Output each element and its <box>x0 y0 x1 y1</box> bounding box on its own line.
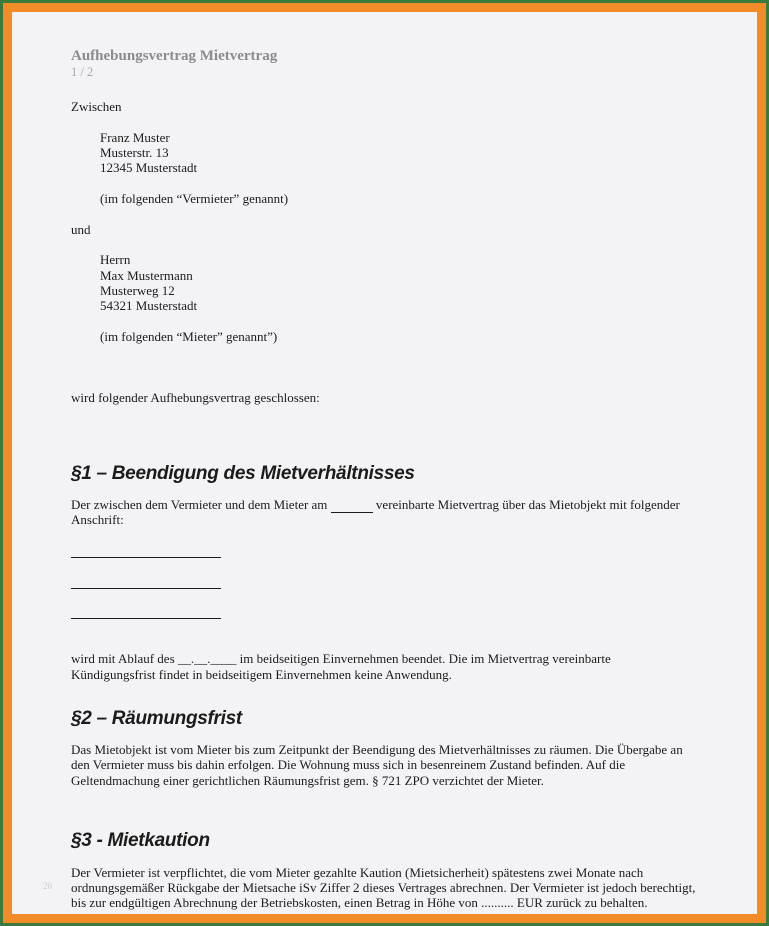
section-3-line-2: ordnungsgemäßer Rückgabe der Mietsache i… <box>71 880 696 895</box>
section-1-para-2-line-2: Kündigungsfrist findet in beidseitigem E… <box>71 667 452 682</box>
section-1-para-2-line-1: wird mit Ablauf des __.__.____ im beidse… <box>71 651 611 666</box>
address-line-1 <box>71 557 221 558</box>
landlord-city: 12345 Musterstadt <box>100 160 197 175</box>
section-2-line-3: Geltendmachung einer gerichtlichen Räumu… <box>71 773 544 788</box>
section-1-text-b: vereinbarte Mietvertrag über das Mietobj… <box>373 497 680 512</box>
tenant-city: 54321 Musterstadt <box>100 298 197 313</box>
tenant-name: Max Mustermann <box>100 268 193 283</box>
intro-text: wird folgender Aufhebungsvertrag geschlo… <box>71 390 320 405</box>
page-frame: Aufhebungsvertrag Mietvertrag 1 / 2 Zwis… <box>3 3 766 923</box>
tenant-street: Musterweg 12 <box>100 283 175 298</box>
section-1-anschrift: Anschrift: <box>71 512 124 527</box>
address-line-2 <box>71 588 221 589</box>
section-3-line-3: bis zur endgültigen Abrechnung der Betri… <box>71 895 648 910</box>
section-2-heading: §2 – Räumungsfrist <box>71 711 242 726</box>
tenant-role: (im folgenden “Mieter” genannt”) <box>100 329 277 344</box>
section-1-text-a: Der zwischen dem Vermieter und dem Miete… <box>71 497 331 512</box>
section-1-heading: §1 – Beendigung des Mietverhältnisses <box>71 466 415 481</box>
address-line-3 <box>71 618 221 619</box>
line-number: 20 <box>43 879 52 894</box>
document-title: Aufhebungsvertrag Mietvertrag <box>71 49 277 64</box>
landlord-name: Franz Muster <box>100 130 170 145</box>
landlord-role: (im folgenden “Vermieter” genannt) <box>100 191 288 206</box>
page-indicator: 1 / 2 <box>71 65 93 80</box>
between-label: Zwischen <box>71 99 122 114</box>
section-2-line-2: den Vermieter muss bis dahin erfolgen. D… <box>71 757 625 772</box>
and-label: und <box>71 222 91 237</box>
date-blank <box>331 497 373 513</box>
landlord-street: Musterstr. 13 <box>100 145 169 160</box>
section-2-line-1: Das Mietobjekt ist vom Mieter bis zum Ze… <box>71 742 683 757</box>
section-3-heading: §3 - Mietkaution <box>71 833 210 848</box>
tenant-salutation: Herrn <box>100 252 130 267</box>
section-3-line-1: Der Vermieter ist verpflichtet, die vom … <box>71 865 643 880</box>
document-page: Aufhebungsvertrag Mietvertrag 1 / 2 Zwis… <box>12 12 757 914</box>
section-1-para-1: Der zwischen dem Vermieter und dem Miete… <box>71 497 680 513</box>
